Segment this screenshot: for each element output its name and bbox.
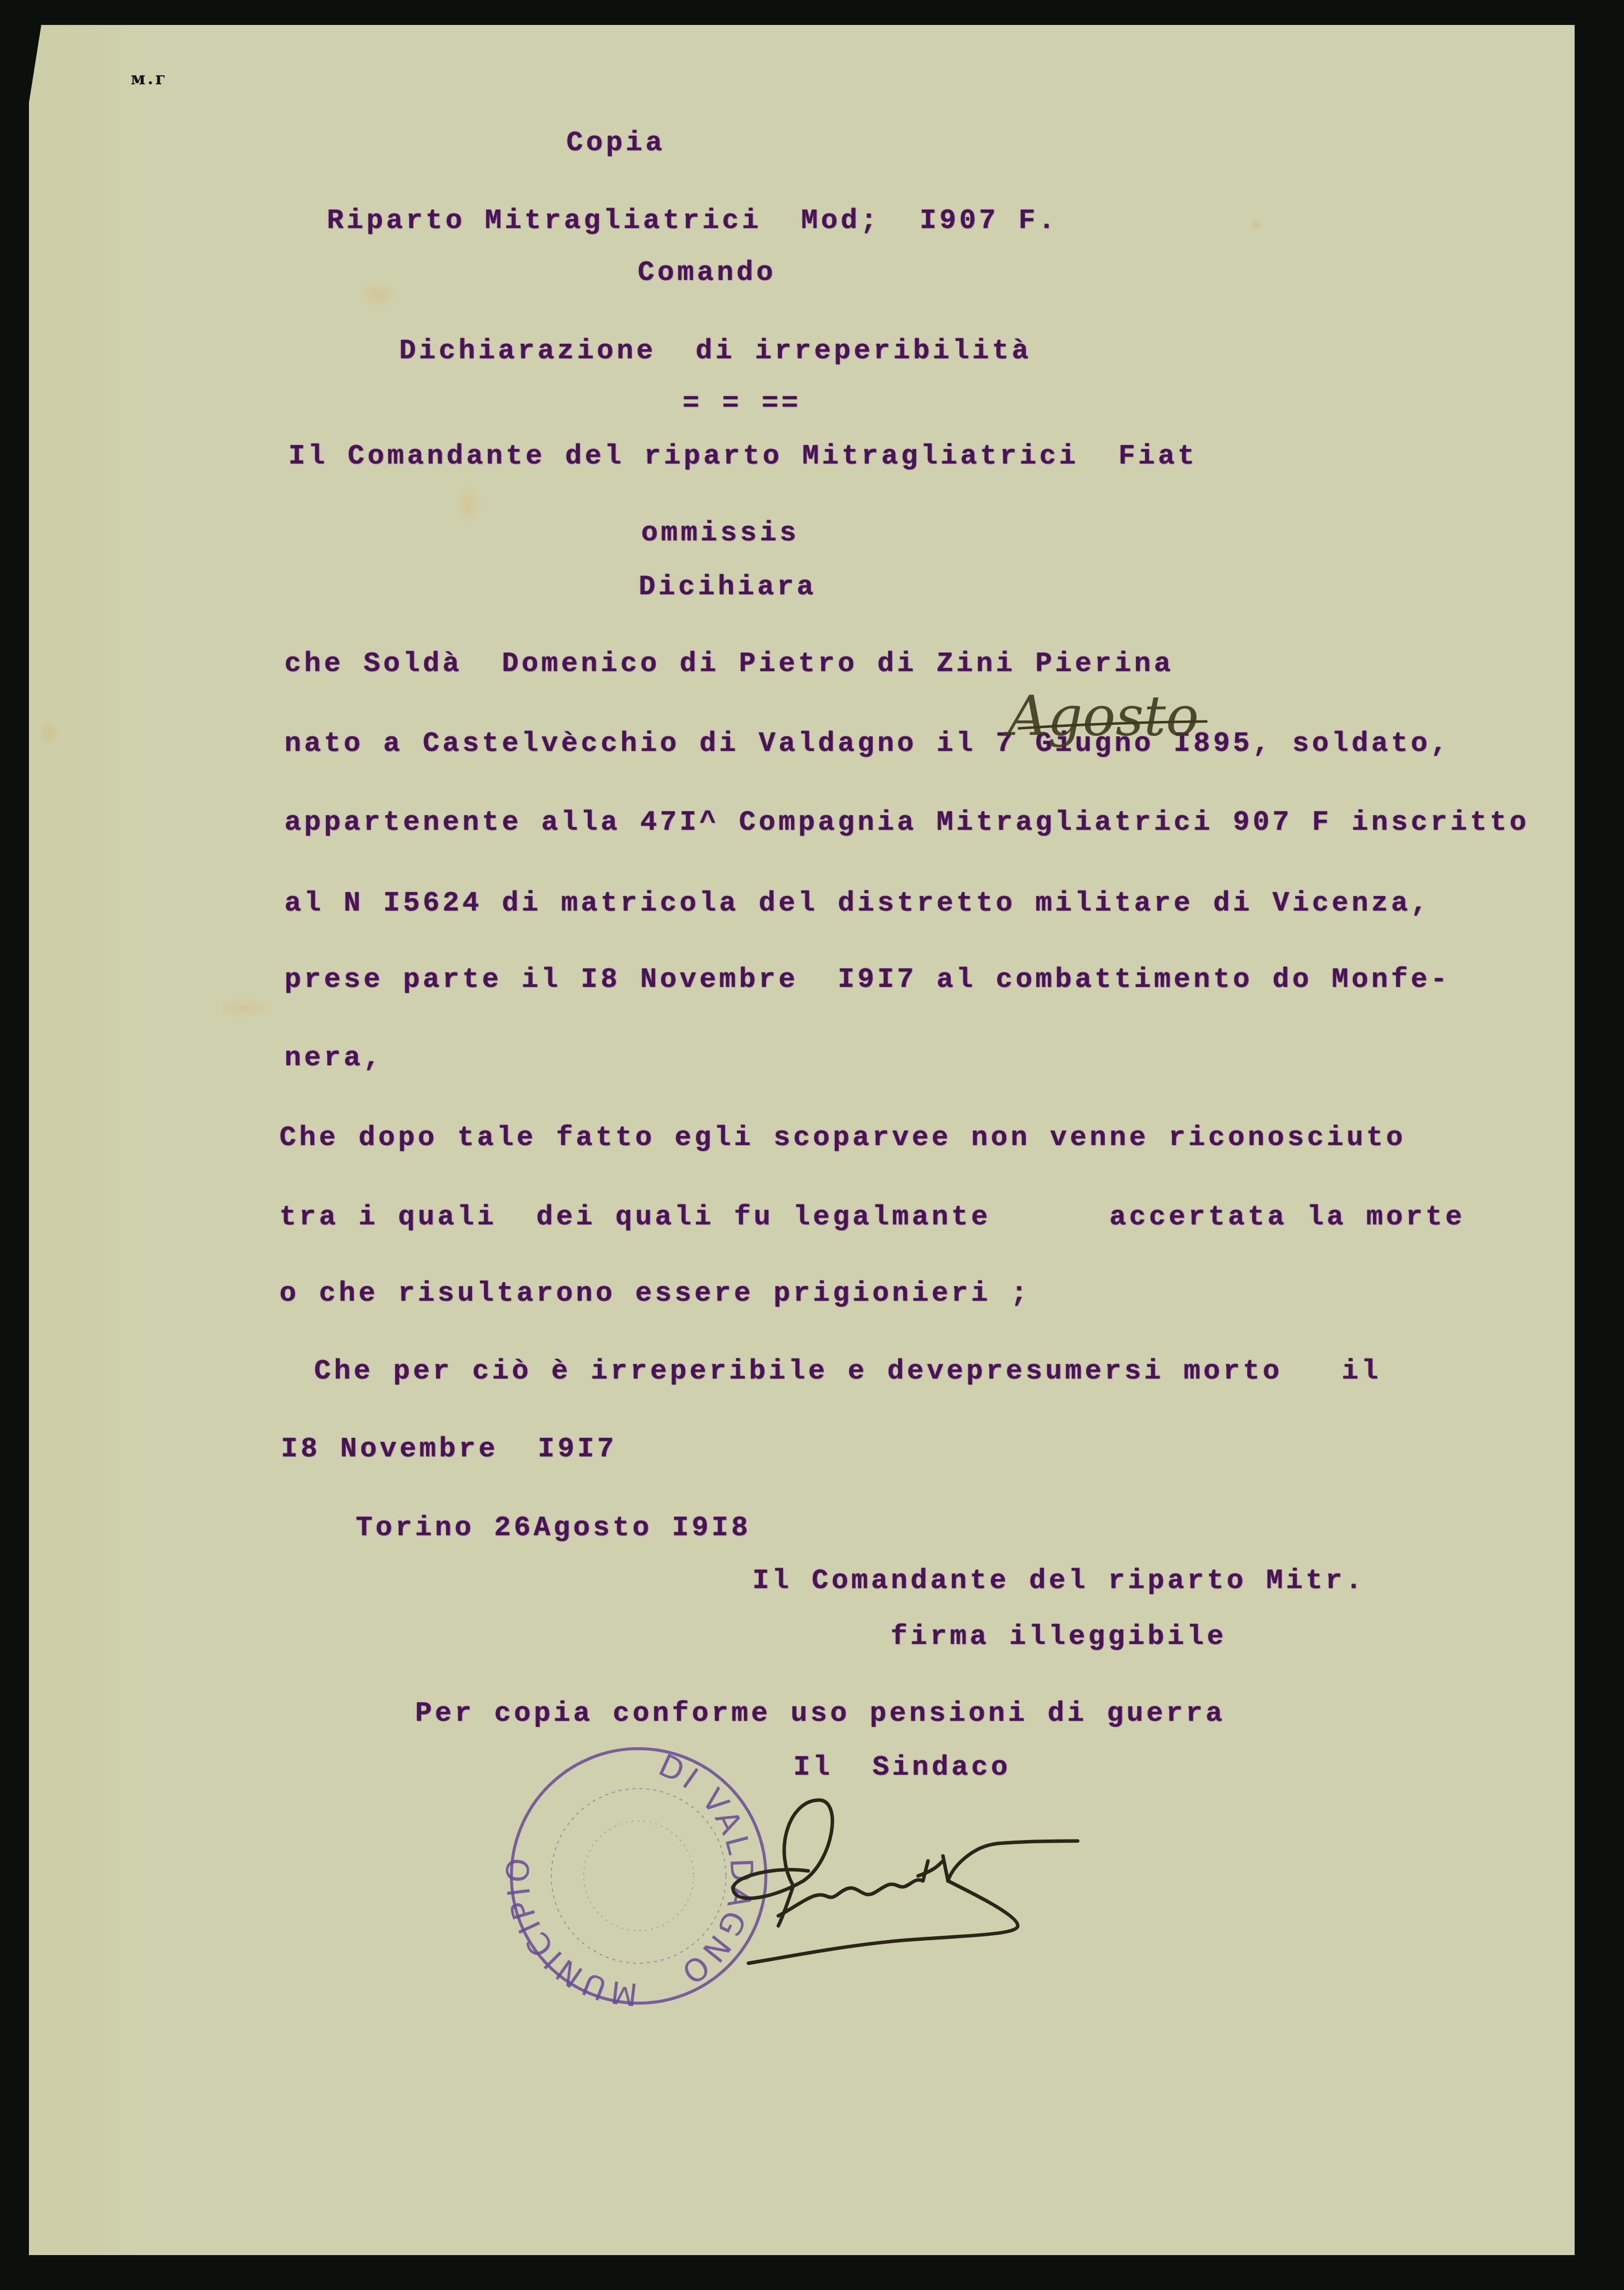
birth-text: nato a Castelvècchio di Valdagno il 7 bbox=[284, 727, 1035, 759]
body-line-prisoners: o che risultarono essere prigionieri ; bbox=[279, 1279, 1030, 1307]
body-line-battle-cont: nera, bbox=[284, 1044, 383, 1072]
body-line-disappeared: Che dopo tale fatto egli scoparvee non v… bbox=[279, 1124, 1406, 1151]
body-line-death-date: I8 Novembre I9I7 bbox=[281, 1435, 617, 1463]
correction-strike-line bbox=[1018, 718, 1207, 738]
unit-heading: Riparto Mitragliatrici Mod; I907 F. bbox=[327, 207, 1058, 234]
declares-label: Dicihiara bbox=[639, 573, 816, 601]
body-line-company: appartenente alla 47I^ Compagnia Mitragl… bbox=[284, 808, 1529, 836]
certification-line: Per copia conforme uso pensioni di guerr… bbox=[415, 1699, 1225, 1727]
document-title: Dichiarazione di irreperibilità bbox=[399, 337, 1031, 365]
body-line-death-ascertained: tra i quali dei quali fu legalmante acce… bbox=[279, 1203, 1465, 1231]
title-separator: = = == bbox=[683, 389, 801, 417]
svg-text:MUNICIPIO: MUNICIPIO bbox=[499, 1854, 639, 2013]
ommissis-label: ommissis bbox=[641, 519, 799, 547]
body-line-soldier: che Soldà Domenico di Pietro di Zini Pie… bbox=[284, 650, 1173, 678]
mayor-title: Il Sindaco bbox=[793, 1753, 1011, 1781]
signatory-title: Il Comandante del riparto Mitr. bbox=[752, 1567, 1365, 1595]
body-line-birth: nato a Castelvècchio di Valdagno il 7 Gi… bbox=[284, 729, 1450, 757]
body-line-registry: al N I5624 di matricola del distretto mi… bbox=[284, 889, 1430, 917]
body-line-battle: prese parte il I8 Novembre I9I7 al comba… bbox=[284, 965, 1450, 993]
body-line-presumed-dead: Che per ciò è irreperibile e devepresume… bbox=[294, 1357, 1381, 1385]
place-date: Torino 26Agosto I9I8 bbox=[356, 1514, 751, 1542]
corner-annotation: м.г bbox=[131, 69, 168, 89]
copy-label: Copia bbox=[566, 129, 665, 157]
signature-note: firma illeggibile bbox=[891, 1622, 1226, 1650]
declarant-line: Il Comandante del riparto Mitragliatrici… bbox=[288, 442, 1197, 470]
command-heading: Comando bbox=[638, 258, 776, 286]
mayor-signature-icon bbox=[718, 1791, 1088, 1971]
